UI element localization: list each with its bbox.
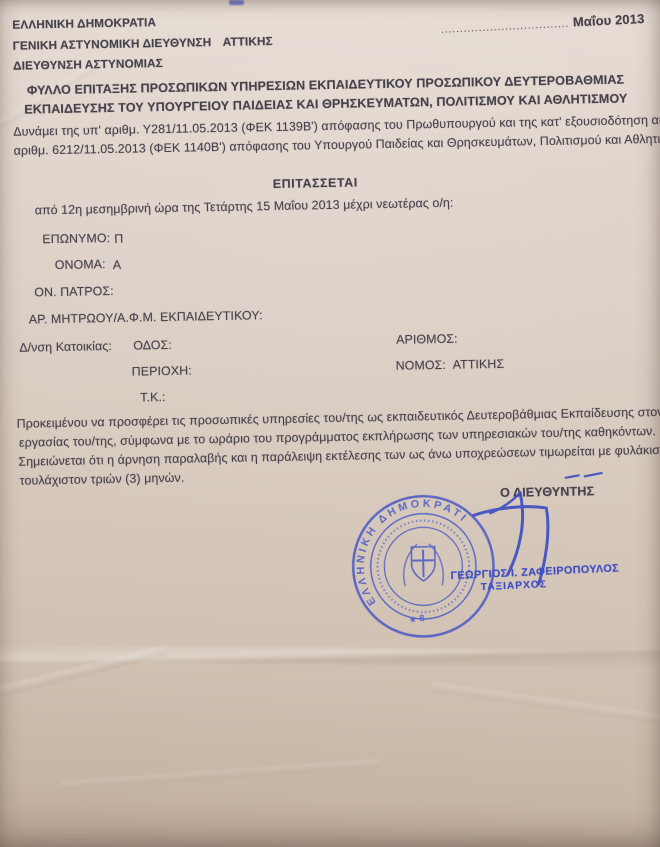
command-effective-line: από 12η μεσημβρινή ώρα της Τετάρτης 15 Μ… (35, 196, 454, 218)
document-photo: ΕΛΛΗΝΙΚΗ ΔΗΜΟΚΡΑΤΙΑ ΓΕΝΙΚΗ ΑΣΤΥΝΟΜΙΚΗ ΔΙ… (0, 0, 660, 847)
firstname-value: Α (113, 258, 122, 272)
street-number-label: ΑΡΙΘΜΟΣ: (396, 332, 458, 347)
letterhead-republic: ΕΛΛΗΝΙΚΗ ΔΗΜΟΚΡΑΤΙΑ (12, 15, 156, 32)
command-heading: ΕΠΙΤΑΣΣΕΤΑΙ (0, 170, 633, 196)
letterhead-directorate: ΓΕΝΙΚΗ ΑΣΤΥΝΟΜΙΚΗ ΔΙΕΥΘΥΝΣΗ (13, 35, 212, 53)
document-page: ΕΛΛΗΝΙΚΗ ΔΗΜΟΚΡΑΤΙΑ ΓΕΝΙΚΗ ΑΣΤΥΝΟΜΙΚΗ ΔΙ… (0, 0, 660, 847)
registry-afm-label: ΑΡ. ΜΗΤΡΩΟΥ/Α.Φ.Μ. ΕΚΠΑΙΔΕΥΤΙΚΟΥ: (29, 308, 263, 326)
stamp-bottom-mark: ★ 8 (408, 613, 425, 625)
postal-code-label: Τ.Κ.: (140, 390, 166, 404)
letterhead-region: ΑΤΤΙΚΗΣ (223, 34, 273, 49)
father-name-label: ΟΝ. ΠΑΤΡΟΣ: (34, 284, 114, 299)
date-dotted-rule: .................................. (441, 19, 570, 36)
residence-label: Δ/νση Κατοικίας: (19, 339, 112, 355)
surname-value: Π (114, 232, 123, 246)
firstname-label: ΟΝΟΜΑ: (55, 257, 106, 272)
date-line: .................................. Μαΐου… (434, 11, 644, 36)
street-label: ΟΔΟΣ: (133, 338, 172, 353)
body-line-4: τουλάχιστον τριών (3) μηνών. (20, 471, 185, 488)
signature-icon (432, 460, 635, 624)
prefecture-label: ΝΟΜΟΣ: (396, 358, 446, 373)
surname-label: ΕΠΩΝΥΜΟ: (42, 231, 110, 246)
area-label: ΠΕΡΙΟΧΗ: (132, 364, 192, 379)
letterhead-police-division: ΔΙΕΥΘΥΝΣΗ ΑΣΤΥΝΟΜΙΑΣ (13, 56, 163, 73)
prefecture-value: ΑΤΤΙΚΗΣ (453, 357, 505, 372)
date-month-year: Μαΐου 2013 (569, 11, 645, 30)
